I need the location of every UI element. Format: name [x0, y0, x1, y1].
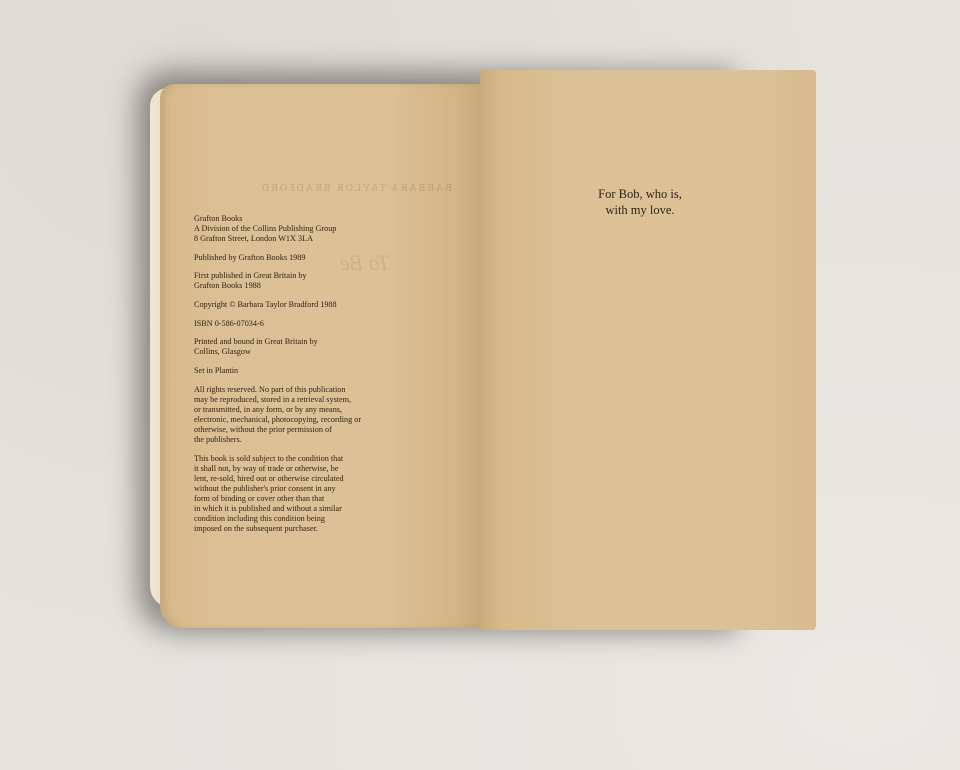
first-published: First published in Great Britain by Graf…	[194, 271, 414, 291]
open-book: BARBARA TAYLOR BRADFORD To Be Grafton Bo…	[0, 0, 960, 770]
sale-condition: This book is sold subject to the conditi…	[194, 454, 414, 535]
copyright-text: Grafton Books A Division of the Collins …	[194, 214, 414, 543]
typeface: Set in Plantin	[194, 366, 414, 376]
dedication: For Bob, who is, with my love.	[560, 186, 720, 218]
bleed-through-author: BARBARA TAYLOR BRADFORD	[260, 183, 452, 194]
isbn: ISBN 0-586-07034-6	[194, 319, 414, 329]
rights-reserved: All rights reserved. No part of this pub…	[194, 385, 414, 446]
printed-by: Printed and bound in Great Britain by Co…	[194, 337, 414, 357]
copyright-line: Copyright © Barbara Taylor Bradford 1988	[194, 300, 414, 310]
published-by: Published by Grafton Books 1989	[194, 253, 414, 263]
publisher-address: Grafton Books A Division of the Collins …	[194, 214, 414, 244]
right-page	[480, 70, 816, 630]
